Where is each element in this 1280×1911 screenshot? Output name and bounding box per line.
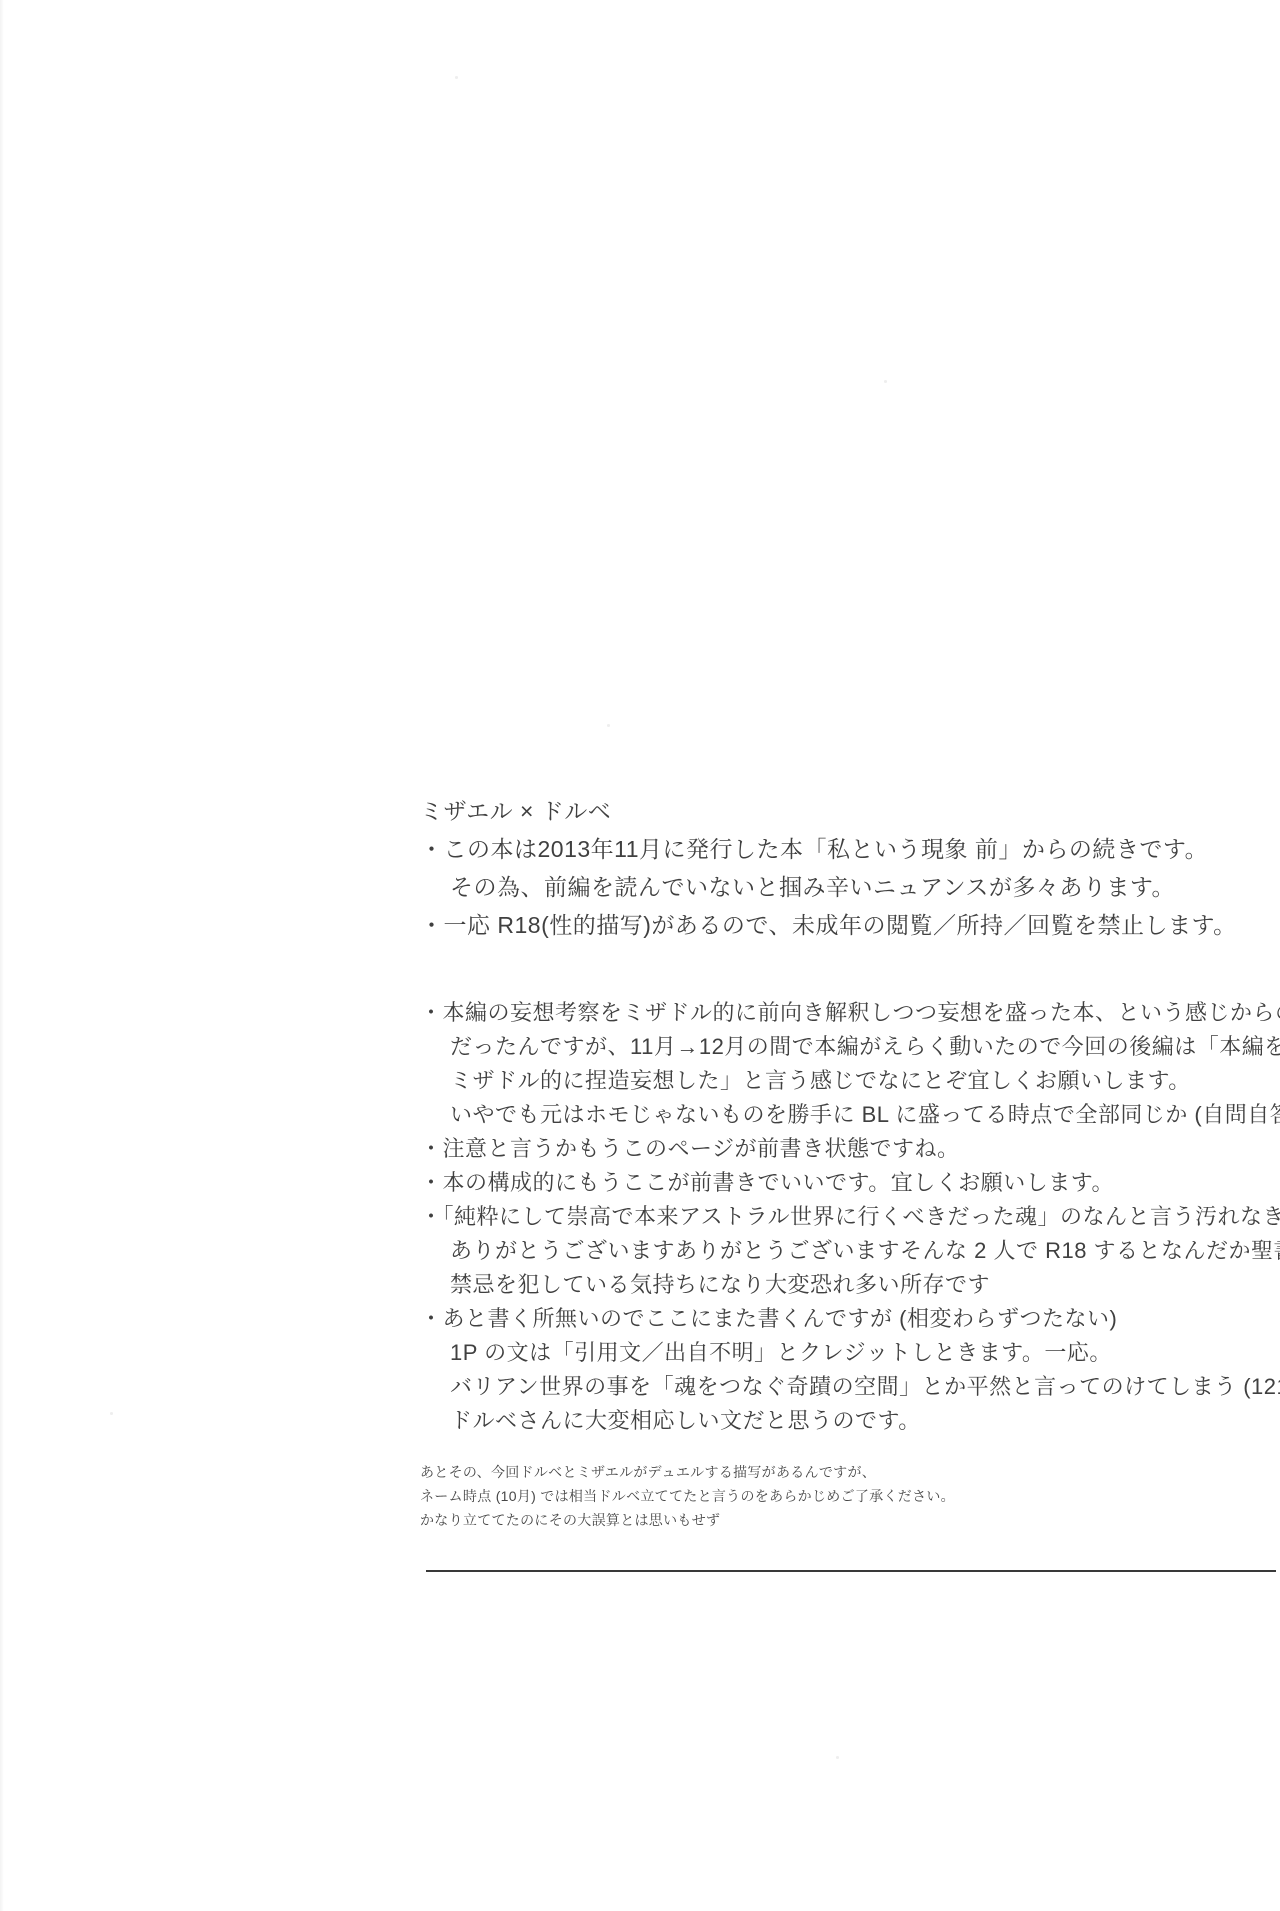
text-line: いやでも元はホモじゃないものを勝手に BL に盛ってる時点で全部同じか (自問自… xyxy=(420,1098,1276,1132)
scan-speck xyxy=(836,1756,839,1759)
footnote-line: かなり立ててたのにその大誤算とは思いもせず xyxy=(420,1508,1276,1532)
pairing-line: ミザエル × ドルベ xyxy=(420,792,1276,830)
scan-speck xyxy=(884,380,887,383)
text-line: バリアン世界の事を「魂をつなぐ奇蹟の空間」とか平然と言ってのけてしまう (121… xyxy=(420,1370,1276,1404)
footnote-line: あとその、今回ドルベとミザエルがデュエルする描写があるんですが、 xyxy=(420,1460,1276,1484)
scanned-afterword-page: ミザエル × ドルベ ・この本は2013年11月に発行した本「私という現象 前」… xyxy=(0,0,1280,1911)
text-line: ・本編の妄想考察をミザドル的に前向き解釈しつつ妄想を盛った本、という感じからの前… xyxy=(420,996,1276,1030)
text-line: 1P の文は「引用文／出自不明」とクレジットしときます。一応。 xyxy=(420,1336,1276,1370)
text-line: ・「純粋にして崇高で本来アストラル世界に行くべきだった魂」のなんと言う汚れなき感… xyxy=(420,1200,1276,1234)
text-line: ありがとうございますありがとうございますそんな 2 人で R18 するとなんだか… xyxy=(420,1234,1276,1268)
scan-speck xyxy=(455,76,458,79)
notice-block: ミザエル × ドルベ ・この本は2013年11月に発行した本「私という現象 前」… xyxy=(420,792,1276,944)
divider-line xyxy=(426,1570,1276,1572)
text-line: ミザドル的に捏造妄想した」と言う感じでなにとぞ宜しくお願いします。 xyxy=(420,1064,1276,1098)
text-line: ・この本は2013年11月に発行した本「私という現象 前」からの続きです。 xyxy=(420,830,1276,868)
text-line: ・一応 R18(性的描写)があるので、未成年の閲覧／所持／回覧を禁止します。 xyxy=(420,906,1276,944)
body-block: ・本編の妄想考察をミザドル的に前向き解釈しつつ妄想を盛った本、という感じからの前… xyxy=(420,996,1276,1438)
text-line: 禁忌を犯している気持ちになり大変恐れ多い所存です xyxy=(420,1268,1276,1302)
footnote-block: あとその、今回ドルベとミザエルがデュエルする描写があるんですが、 ネーム時点 (… xyxy=(420,1460,1276,1532)
text-line: ・本の構成的にもうここが前書きでいいです。宜しくお願いします。 xyxy=(420,1166,1276,1200)
scan-speck xyxy=(607,724,610,727)
text-line: ドルベさんに大変相応しい文だと思うのです。 xyxy=(420,1404,1276,1438)
scan-speck xyxy=(110,1412,113,1415)
text-line: ・あと書く所無いのでここにまた書くんですが (相変わらずつたない) xyxy=(420,1302,1276,1336)
text-line: その為、前編を読んでいないと掴み辛いニュアンスが多々あります。 xyxy=(420,868,1276,906)
afterword-text: ミザエル × ドルベ ・この本は2013年11月に発行した本「私という現象 前」… xyxy=(420,792,1276,1580)
text-line: だったんですが、11月→12月の間で本編がえらく動いたので今回の後編は「本編を元… xyxy=(420,1030,1276,1064)
scan-edge-shadow xyxy=(0,0,4,1911)
text-line: ・注意と言うかもうこのページが前書き状態ですね。 xyxy=(420,1132,1276,1166)
footnote-line: ネーム時点 (10月) では相当ドルベ立ててたと言うのをあらかじめご了承ください… xyxy=(420,1484,1276,1508)
